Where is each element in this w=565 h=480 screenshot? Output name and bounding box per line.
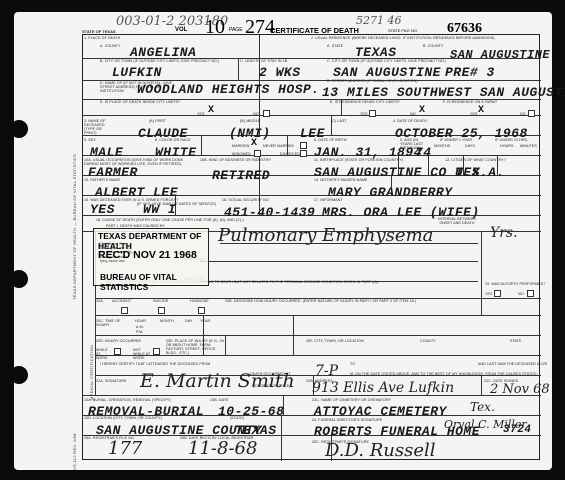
physician-address-handwritten: 913 Ellis Ave Lufkin <box>312 380 454 396</box>
form-number: VS-112 REV. 1/58 <box>72 433 77 470</box>
never-married-checkbox[interactable] <box>300 142 307 149</box>
not-at-work-label: NOT WHILE AT WORK <box>133 348 151 360</box>
mother-label: 14. MOTHER'S MAIDEN NAME <box>314 178 367 182</box>
res-inside-yes-checkbox[interactable] <box>369 110 376 117</box>
signature-label: 22a. SIGNATURE <box>96 379 127 383</box>
year-label: Year <box>200 319 210 323</box>
marital-divorced-label: Divorced <box>280 152 300 156</box>
place-of-injury-label: 20e. PLACE OF INJURY (e.g., in or about … <box>166 339 224 355</box>
am-label: a.m. <box>136 325 144 329</box>
death-inside-no-label: NO <box>253 112 259 116</box>
death-county-label: a. COUNTY <box>100 44 120 48</box>
describe-injury-label: 20b. DESCRIBE HOW INJURY OCCURRED. (Ente… <box>225 299 416 303</box>
citizen-label: 12. CITIZEN OF WHAT COUNTRY? <box>445 158 506 162</box>
burial-date-label: 23b. DATE <box>210 398 229 402</box>
cemetery-value: ATTOYAC CEMETERY <box>314 404 447 419</box>
funeral-director-label: 24. FUNERAL DIRECTOR'S SIGNATURE <box>312 418 382 422</box>
vol-label: VOL <box>175 27 187 33</box>
dob-label: 8. DATE OF BIRTH <box>314 138 347 142</box>
homicide-label: HOMICIDE <box>190 299 209 303</box>
date-signed-handwritten: 2 Nov 68 <box>490 382 550 397</box>
funeral-license-number: 3724 <box>503 424 531 436</box>
farm-label: f. IS RESIDENCE ON A FARM? <box>443 100 497 104</box>
on-date-text: m. on the date stated above, and to the … <box>350 372 538 376</box>
state-file-label: STATE FILE NO. <box>388 28 418 33</box>
time-of-injury-label: 20c. TIME OF INJURY <box>96 319 126 327</box>
death-inside-yes-label: YES <box>197 112 205 116</box>
citizen-value: U.S.A. <box>455 165 505 180</box>
middle-name-value: (NMI) <box>229 126 271 141</box>
registrar-file-value: 177 <box>108 438 142 459</box>
armed-forces-value: YES <box>90 202 115 217</box>
homicide-checkbox[interactable] <box>198 307 205 314</box>
length-of-stay-label: c. LENGTH OF STAY in 1b <box>240 59 287 63</box>
war-value: WW I <box>143 202 176 217</box>
location-handwritten: Tex. <box>470 400 495 414</box>
res-inside-yes-label: YES <box>360 112 368 116</box>
while-at-work-checkbox[interactable] <box>114 348 121 355</box>
autopsy-label: 19. WAS AUTOPSY PERFORMED? <box>485 282 545 286</box>
first-name-label: (a) First <box>149 119 166 123</box>
informant-label: 17. INFORMANT <box>314 198 343 202</box>
residence-label: 2. USUAL RESIDENCE (Where deceased lived… <box>311 36 495 40</box>
res-city-value: SAN AUGUSTINE <box>333 65 441 80</box>
autopsy-no-label: NO <box>518 292 524 296</box>
res-city-label: c. CITY OR TOWN (If outside city limits,… <box>327 59 446 63</box>
hour-label: Hour <box>135 319 146 323</box>
accident-label: ACCIDENT <box>112 299 131 303</box>
suicide-checkbox[interactable] <box>158 307 165 314</box>
location-state-label: (State) <box>230 416 244 420</box>
farm-no-label: NO <box>520 112 526 116</box>
minutes-label: Minutes <box>520 144 537 148</box>
res-state-value: TEXAS <box>355 45 397 60</box>
physician-signature: E. Martin Smith <box>140 370 295 392</box>
received-stamp: TEXAS DEPARTMENT OF HEALTH Conditions, i… <box>93 228 209 286</box>
death-county-value: ANGELINA <box>130 45 196 60</box>
burial-date-value: 10-25-68 <box>218 404 284 419</box>
age-value: 74 <box>415 145 432 160</box>
middle-name-label: (b) Middle <box>240 119 260 123</box>
death-inside-no-checkbox[interactable] <box>263 110 270 117</box>
injury-county-label: COUNTY <box>420 339 436 343</box>
month-label: Month <box>160 319 174 323</box>
months-label: Months <box>434 144 450 148</box>
stamp-received-date: REC'D NOV 21 1968 <box>98 249 197 261</box>
days-label: Days <box>465 144 475 148</box>
name-of-deceased-label: 3. NAME OF DECEASED (Type or print) <box>84 119 112 135</box>
burial-label: 23a. BURIAL, CREMATION, REMOVAL (Specify… <box>84 398 171 402</box>
handwritten-local-number: 5271 46 <box>356 14 402 27</box>
place-of-death-label: 1. PLACE OF DEATH <box>84 36 120 40</box>
marital-never-married-label: Never Married <box>263 144 294 148</box>
injury-city-label: 20f. CITY, TOWN, OR LOCATION <box>306 339 364 343</box>
widowed-checkbox[interactable] <box>254 150 261 157</box>
sex-label: 5. SEX <box>84 138 96 142</box>
under-1-year-label: IF UNDER 1 YEAR <box>440 138 472 142</box>
last-saw-text: and last saw the deceased alive <box>478 362 548 366</box>
race-label: 6. COLOR OR RACE <box>155 138 191 142</box>
death-city-value: LUFKIN <box>112 65 162 80</box>
hours-label: Hours <box>500 144 513 148</box>
autopsy-yes-label: YES <box>485 292 493 296</box>
death-inside-limits-label: e. IS PLACE OF DEATH INSIDE CITY LIMITS? <box>100 100 180 104</box>
marital-widowed-label: Widowed <box>232 152 251 156</box>
pm-label: p.m. <box>136 330 143 334</box>
marital-married-label: Married <box>232 144 249 148</box>
res-inside-no-label: NO <box>410 112 416 116</box>
accident-checkbox[interactable] <box>121 307 128 314</box>
injury-occurred-label: 20d. INJURY OCCURRED <box>96 339 141 343</box>
cemetery-label: 23c. NAME OF CEMETERY OR CREMATORY <box>312 398 391 402</box>
farm-no-checkbox[interactable] <box>528 110 535 117</box>
divorced-checkbox[interactable] <box>300 150 307 157</box>
stamp-bureau: BUREAU OF VITAL STATISTICS <box>100 272 208 292</box>
autopsy-yes-checkbox[interactable] <box>494 290 501 297</box>
ssn-label: 16. SOCIAL SECURITY NO. <box>222 198 270 202</box>
page-label: PAGE <box>229 27 243 33</box>
death-inside-yes-checked[interactable]: X <box>208 105 214 116</box>
date-of-death-label: 4. DATE OF DEATH <box>393 119 427 123</box>
interval-label: INTERVAL BETWEEN ONSET AND DEATH <box>438 217 476 225</box>
punch-hole <box>10 120 28 138</box>
certify-to-label: to <box>350 362 355 366</box>
father-label: 13. FATHER'S NAME <box>84 178 120 182</box>
hospital-value: WOODLAND HEIGHTS HOSP. <box>137 82 320 97</box>
death-time-handwritten: 7-P <box>315 363 338 379</box>
date-received-value: 11-8-68 <box>188 438 257 459</box>
res-inside-no-checked[interactable]: X <box>419 105 425 116</box>
certify-text: I hereby certify that I attended the dec… <box>100 362 210 366</box>
registrar-signature: D.D. Russell <box>325 440 436 461</box>
punch-hole <box>10 270 28 288</box>
length-of-stay-value: 2 WKS <box>259 65 301 80</box>
department-side-text: TEXAS DEPARTMENT OF HEALTH — BUREAU OF V… <box>72 154 77 300</box>
day-label: Day <box>185 319 192 323</box>
res-street-label: d. STREET ADDRESS (If rural, give locati… <box>327 79 418 83</box>
mother-value: MARY GRANDBERRY <box>328 185 453 200</box>
autopsy-no-checkbox[interactable] <box>527 290 534 297</box>
last-name-label: (c) Last <box>331 119 347 123</box>
manner-label: 20a. <box>96 299 104 303</box>
death-city-label: b. CITY OR TOWN (If outside city limits,… <box>100 59 219 63</box>
interval-handwritten: Yrs. <box>490 225 518 241</box>
suicide-label: SUICIDE <box>153 299 168 303</box>
under-24-hrs-label: IF UNDER 24 HRS. <box>495 138 528 142</box>
punch-hole <box>10 366 28 384</box>
while-at-work-label: WHILE AT WORK <box>96 348 110 360</box>
res-street-value: 13 MILES SOUTHWEST SAN AUGUSTINE <box>322 85 565 100</box>
not-at-work-checkbox[interactable] <box>153 348 160 355</box>
res-state-label: a. STATE <box>327 44 343 48</box>
cause-of-death-label: 18. CAUSE OF DEATH (Enter only one cause… <box>96 218 244 222</box>
res-county-label: b. COUNTY <box>423 44 443 48</box>
industry-label: 10b. KIND OF BUSINESS OR INDUSTRY <box>200 158 271 162</box>
res-county-value: SAN AUGUSTINE <box>450 48 550 62</box>
res-inside-limits-label: e. IS RESIDENCE INSIDE CITY LIMITS? <box>330 100 400 104</box>
location-label: 23d. LOCATION (City, town, or county) <box>84 416 162 420</box>
res-precinct-value: PRE# 3 <box>445 65 495 80</box>
farm-yes-checked[interactable]: X <box>478 105 484 116</box>
marital-married-checked[interactable]: X <box>251 138 257 149</box>
birthplace-label: 11. BIRTHPLACE (State or foreign country… <box>314 158 403 162</box>
industry-value: RETIRED <box>212 168 270 183</box>
injury-state-label: STATE <box>510 339 522 343</box>
farm-yes-label: YES <box>470 112 478 116</box>
